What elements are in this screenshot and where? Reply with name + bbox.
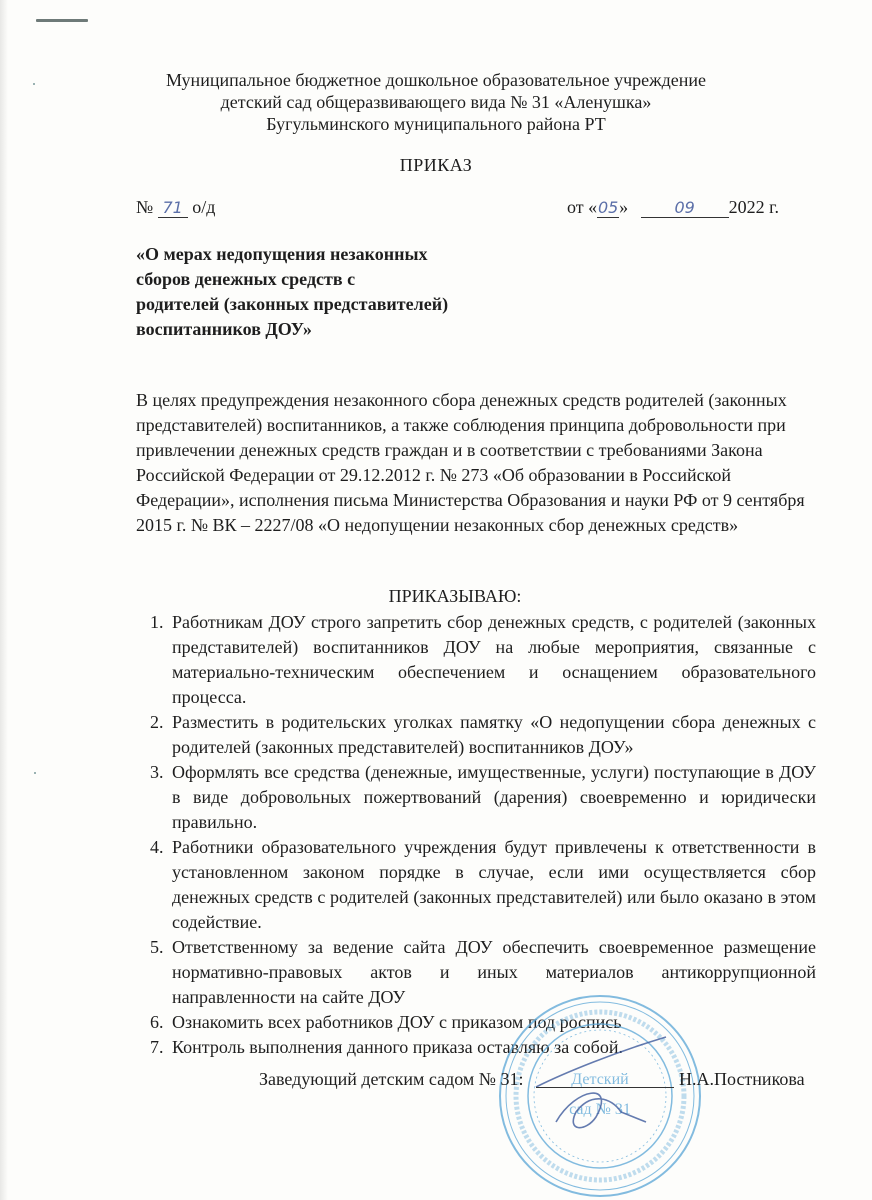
order-item: 5.Ответственному за ведение сайта ДОУ об… [150, 935, 816, 1010]
subject-line: воспитанников ДОУ» [136, 317, 448, 342]
item-number: 7. [150, 1035, 164, 1060]
date-quote-close: » [619, 197, 628, 217]
header-line-3: Бугульминского муниципального района РТ [0, 113, 872, 135]
header-line-1: Муниципальное бюджетное дошкольное образ… [0, 69, 872, 91]
item-number: 2. [150, 710, 164, 735]
item-text: Оформлять все средства (денежные, имущес… [172, 762, 816, 832]
item-number: 1. [150, 610, 164, 635]
order-number-suffix: о/д [192, 197, 215, 217]
item-number: 5. [150, 935, 164, 960]
header-line-2: детский сад общеразвивающего вида № 31 «… [0, 91, 872, 113]
scan-mark [36, 19, 88, 22]
signatory-name: Н.А.Постникова [679, 1069, 805, 1090]
order-item: 6.Ознакомить всех работников ДОУ с прика… [150, 1010, 816, 1035]
item-text: Работники образовательного учреждения бу… [172, 837, 816, 932]
subject-line: родителей (законных представителей) [136, 292, 448, 317]
order-item: 1.Работникам ДОУ строго запретить сбор д… [150, 610, 816, 710]
document-page: Муниципальное бюджетное дошкольное образ… [0, 0, 872, 1200]
order-subject: «О мерах недопущения незаконных сборов д… [136, 242, 448, 342]
order-item: 7.Контроль выполнения данного приказа ос… [150, 1035, 816, 1060]
official-stamp-icon: Детский сад № 31 [496, 992, 704, 1200]
signature-line [536, 1087, 674, 1088]
svg-text:Детский: Детский [571, 1071, 629, 1088]
item-number: 6. [150, 1010, 164, 1035]
document-title: ПРИКАЗ [0, 155, 872, 176]
signatory-position: Заведующий детским садом № 31: [259, 1069, 523, 1090]
item-text: Ответственному за ведение сайта ДОУ обес… [172, 937, 816, 1007]
date-prefix: от « [567, 197, 597, 217]
order-item: 2.Разместить в родительских уголках памя… [150, 710, 816, 760]
order-heading: ПРИКАЗЫВАЮ: [0, 586, 872, 607]
date-year: 2022 г. [729, 197, 779, 217]
order-item: 3.Оформлять все средства (денежные, имущ… [150, 760, 816, 835]
order-items-list: 1.Работникам ДОУ строго запретить сбор д… [150, 610, 816, 1060]
date-month: 09 [641, 199, 729, 218]
item-number: 4. [150, 835, 164, 860]
item-text: Работникам ДОУ строго запретить сбор ден… [172, 612, 816, 707]
number-sign: № [136, 197, 153, 217]
subject-line: сборов денежных средств с [136, 267, 448, 292]
date-day: 05 [597, 199, 619, 218]
order-number: № 71 о/д [136, 197, 215, 218]
subject-line: «О мерах недопущения незаконных [136, 242, 448, 267]
preamble-paragraph: В целях предупреждения незаконного сбора… [136, 388, 816, 538]
institution-header: Муниципальное бюджетное дошкольное образ… [0, 69, 872, 135]
order-item: 4.Работники образовательного учреждения … [150, 835, 816, 935]
item-number: 3. [150, 760, 164, 785]
scan-speck [34, 772, 36, 774]
order-number-value: 71 [158, 199, 188, 218]
order-date: от «05» 092022 г. [567, 197, 779, 218]
item-text: Разместить в родительских уголках памятк… [172, 712, 816, 757]
